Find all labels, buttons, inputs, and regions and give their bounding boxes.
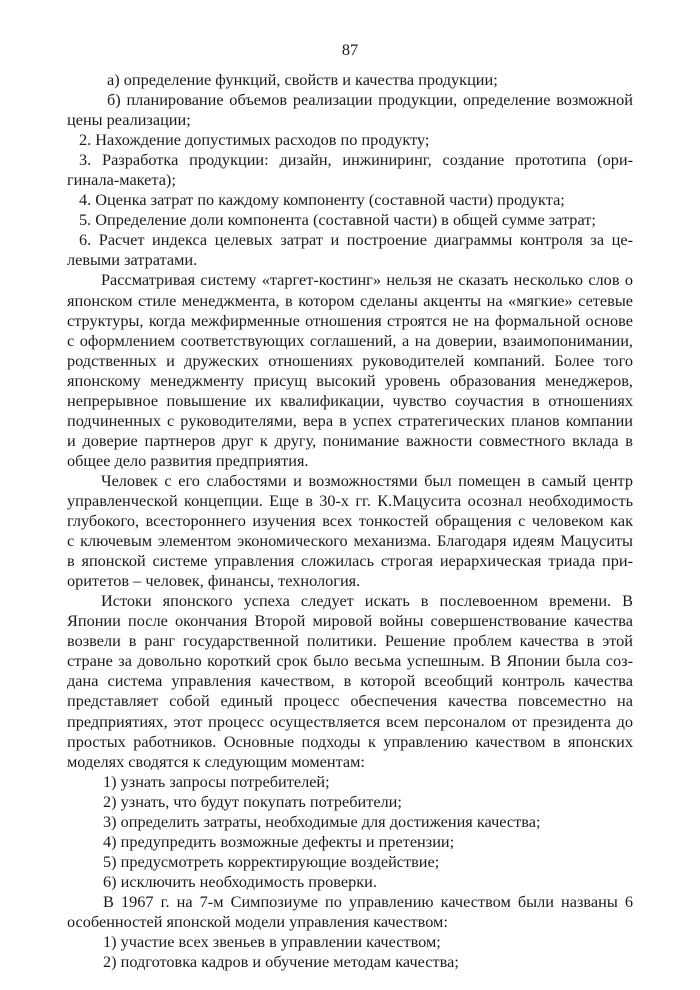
text-line: родственных и дружеских отношениях руков… bbox=[67, 351, 633, 371]
text-line: 3) определить затраты, необходимые для д… bbox=[67, 812, 633, 832]
document-page: 87 а) определение функций, свойств и кач… bbox=[0, 0, 700, 990]
text-line: Человек с его слабостями и возможностями… bbox=[67, 471, 633, 491]
text-line: 4. Оценка затрат по каждому компоненту (… bbox=[67, 190, 633, 210]
text-line: а) определение функций, свойств и качест… bbox=[67, 70, 633, 90]
text-line: цены реализации; bbox=[67, 110, 633, 130]
text-line: 6) исключить необходимость проверки. bbox=[67, 872, 633, 892]
text-line: подчиненных с руководителями, вера в усп… bbox=[67, 411, 633, 431]
text-line: структуры, когда межфирменные отношения … bbox=[67, 311, 633, 331]
page-number: 87 bbox=[0, 40, 700, 60]
text-line: 1) участие всех звеньев в управлении кач… bbox=[67, 932, 633, 952]
text-line: возвели в ранг государственной политики.… bbox=[67, 631, 633, 651]
text-line: глубокого, всестороннего изучения всех т… bbox=[67, 511, 633, 531]
text-line: 6. Расчет индекса целевых затрат и постр… bbox=[67, 230, 633, 250]
text-line: б) планирование объемов реализации проду… bbox=[67, 90, 633, 110]
text-line: стране за довольно короткий срок было ве… bbox=[67, 651, 633, 671]
body-text: а) определение функций, свойств и качест… bbox=[67, 70, 633, 972]
text-line: 4) предупредить возможные дефекты и прет… bbox=[67, 832, 633, 852]
text-line: представляет собой единый процесс обеспе… bbox=[67, 691, 633, 711]
text-line: японском стиле менеджмента, в котором сд… bbox=[67, 291, 633, 311]
text-line: моделях сводятся к следующим моментам: bbox=[67, 752, 633, 772]
text-line: общее дело развития предприятия. bbox=[67, 451, 633, 471]
text-line: Японии после окончания Второй мировой во… bbox=[67, 611, 633, 631]
text-line: японскому менеджменту присущ высокий уро… bbox=[67, 371, 633, 391]
text-line: Истоки японского успеха следует искать в… bbox=[67, 591, 633, 611]
text-line: левыми затратами. bbox=[67, 250, 633, 270]
text-line: В 1967 г. на 7-м Симпозиуме по управлени… bbox=[67, 892, 633, 912]
text-line: предприятиях, этот процесс осуществляетс… bbox=[67, 712, 633, 732]
text-line: 2) узнать, что будут покупать потребител… bbox=[67, 792, 633, 812]
text-line: 5) предусмотреть корректирующие воздейст… bbox=[67, 852, 633, 872]
text-line: с оформлением соответствующих соглашений… bbox=[67, 331, 633, 351]
text-line: непрерывное повышение их квалификации, ч… bbox=[67, 391, 633, 411]
text-line: дана система управления качеством, в кот… bbox=[67, 671, 633, 691]
text-line: гинала-макета); bbox=[67, 170, 633, 190]
text-line: 2) подготовка кадров и обучение методам … bbox=[67, 952, 633, 972]
text-line: 1) узнать запросы потребителей; bbox=[67, 772, 633, 792]
text-line: Рассматривая систему «таргет-костинг» не… bbox=[67, 270, 633, 290]
text-line: в японской системе управления сложилась … bbox=[67, 551, 633, 571]
text-line: 5. Определение доли компонента (составно… bbox=[67, 210, 633, 230]
text-line: 3. Разработка продукции: дизайн, инжинир… bbox=[67, 150, 633, 170]
text-line: 2. Нахождение допустимых расходов по про… bbox=[67, 130, 633, 150]
text-line: и доверие партнеров друг к другу, понима… bbox=[67, 431, 633, 451]
text-line: управленческой концепции. Еще в 30-х гг.… bbox=[67, 491, 633, 511]
text-line: простых работников. Основные подходы к у… bbox=[67, 732, 633, 752]
text-line: оритетов – человек, финансы, технология. bbox=[67, 571, 633, 591]
text-line: особенностей японской модели управления … bbox=[67, 912, 633, 932]
text-line: с ключевым элементом экономического меха… bbox=[67, 531, 633, 551]
